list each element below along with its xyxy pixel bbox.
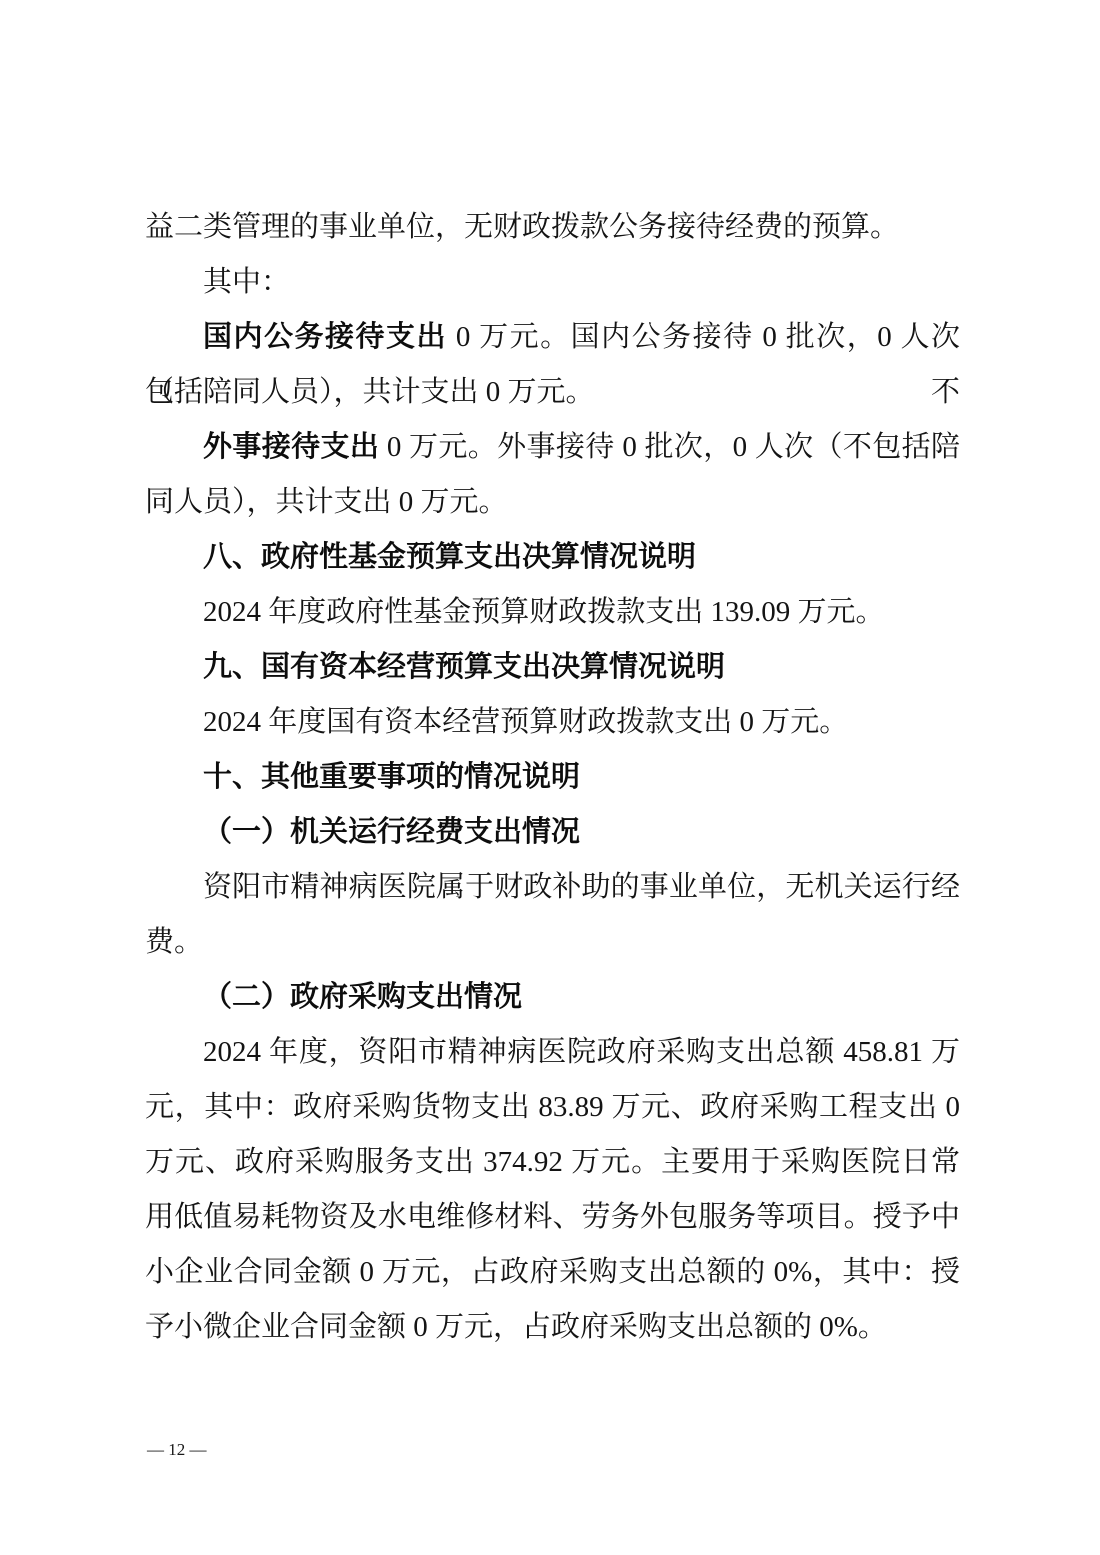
document-body: 益二类管理的事业单位，无财政拨款公务接待经费的预算。其中：国内公务接待支出 0 … xyxy=(145,200,960,1355)
body-text: 费。 xyxy=(145,926,203,958)
text-line: 其中： xyxy=(145,255,960,310)
text-line: 予小微企业合同金额 0 万元，占政府采购支出总额的 0%。 xyxy=(145,1300,960,1355)
body-text: 2024 年度政府性基金预算财政拨款支出 139.09 万元。 xyxy=(203,596,885,628)
bold-text: 九、国有资本经营预算支出决算情况说明 xyxy=(203,651,725,683)
heading-line: 八、政府性基金预算支出决算情况说明 xyxy=(145,530,960,585)
heading-line: （一）机关运行经费支出情况 xyxy=(145,805,960,860)
text-line: 万元、政府采购服务支出 374.92 万元。主要用于采购医院日常 xyxy=(145,1135,960,1190)
text-line: 资阳市精神病医院属于财政补助的事业单位，无机关运行经 xyxy=(145,860,960,915)
body-text: 包括陪同人员），共计支出 0 万元。 xyxy=(145,376,595,408)
body-text: 资阳市精神病医院属于财政补助的事业单位，无机关运行经 xyxy=(203,871,960,903)
body-text: 万元、政府采购服务支出 374.92 万元。主要用于采购医院日常 xyxy=(145,1146,960,1178)
text-line: 小企业合同金额 0 万元，占政府采购支出总额的 0%，其中：授 xyxy=(145,1245,960,1300)
text-line: 同人员），共计支出 0 万元。 xyxy=(145,475,960,530)
body-text: 予小微企业合同金额 0 万元，占政府采购支出总额的 0%。 xyxy=(145,1311,887,1343)
text-line: 费。 xyxy=(145,915,960,970)
document-page: 益二类管理的事业单位，无财政拨款公务接待经费的预算。其中：国内公务接待支出 0 … xyxy=(0,0,1100,1555)
heading-line: 九、国有资本经营预算支出决算情况说明 xyxy=(145,640,960,695)
body-text: 用低值易耗物资及水电维修材料、劳务外包服务等项目。授予中 xyxy=(145,1201,960,1233)
bold-text: （二）政府采购支出情况 xyxy=(203,981,522,1013)
body-text: 元，其中：政府采购货物支出 83.89 万元、政府采购工程支出 0 xyxy=(145,1091,960,1123)
page-number: — 12 — xyxy=(147,1438,207,1462)
heading-line: 十、其他重要事项的情况说明 xyxy=(145,750,960,805)
text-line: 外事接待支出 0 万元。外事接待 0 批次，0 人次（不包括陪 xyxy=(145,420,960,475)
text-line: 2024 年度国有资本经营预算财政拨款支出 0 万元。 xyxy=(145,695,960,750)
bold-text: 国内公务接待支出 xyxy=(203,321,447,353)
body-text: 2024 年度，资阳市精神病医院政府采购支出总额 458.81 万 xyxy=(203,1036,960,1068)
text-line: 元，其中：政府采购货物支出 83.89 万元、政府采购工程支出 0 xyxy=(145,1080,960,1135)
text-line: 国内公务接待支出 0 万元。国内公务接待 0 批次，0 人次（不 xyxy=(145,310,960,365)
body-text: 0 万元。外事接待 0 批次，0 人次（不包括陪 xyxy=(379,431,960,463)
bold-text: 外事接待支出 xyxy=(203,431,379,463)
body-text: 其中： xyxy=(203,266,290,298)
text-line: 2024 年度政府性基金预算财政拨款支出 139.09 万元。 xyxy=(145,585,960,640)
bold-text: 八、政府性基金预算支出决算情况说明 xyxy=(203,541,696,573)
text-line: 用低值易耗物资及水电维修材料、劳务外包服务等项目。授予中 xyxy=(145,1190,960,1245)
text-line: 2024 年度，资阳市精神病医院政府采购支出总额 458.81 万 xyxy=(145,1025,960,1080)
body-text: 2024 年度国有资本经营预算财政拨款支出 0 万元。 xyxy=(203,706,848,738)
text-line: 益二类管理的事业单位，无财政拨款公务接待经费的预算。 xyxy=(145,200,960,255)
body-text: 益二类管理的事业单位，无财政拨款公务接待经费的预算。 xyxy=(145,211,899,243)
body-text: 小企业合同金额 0 万元，占政府采购支出总额的 0%，其中：授 xyxy=(145,1256,960,1288)
heading-line: （二）政府采购支出情况 xyxy=(145,970,960,1025)
bold-text: 十、其他重要事项的情况说明 xyxy=(203,761,580,793)
body-text: 同人员），共计支出 0 万元。 xyxy=(145,486,508,518)
bold-text: （一）机关运行经费支出情况 xyxy=(203,816,580,848)
